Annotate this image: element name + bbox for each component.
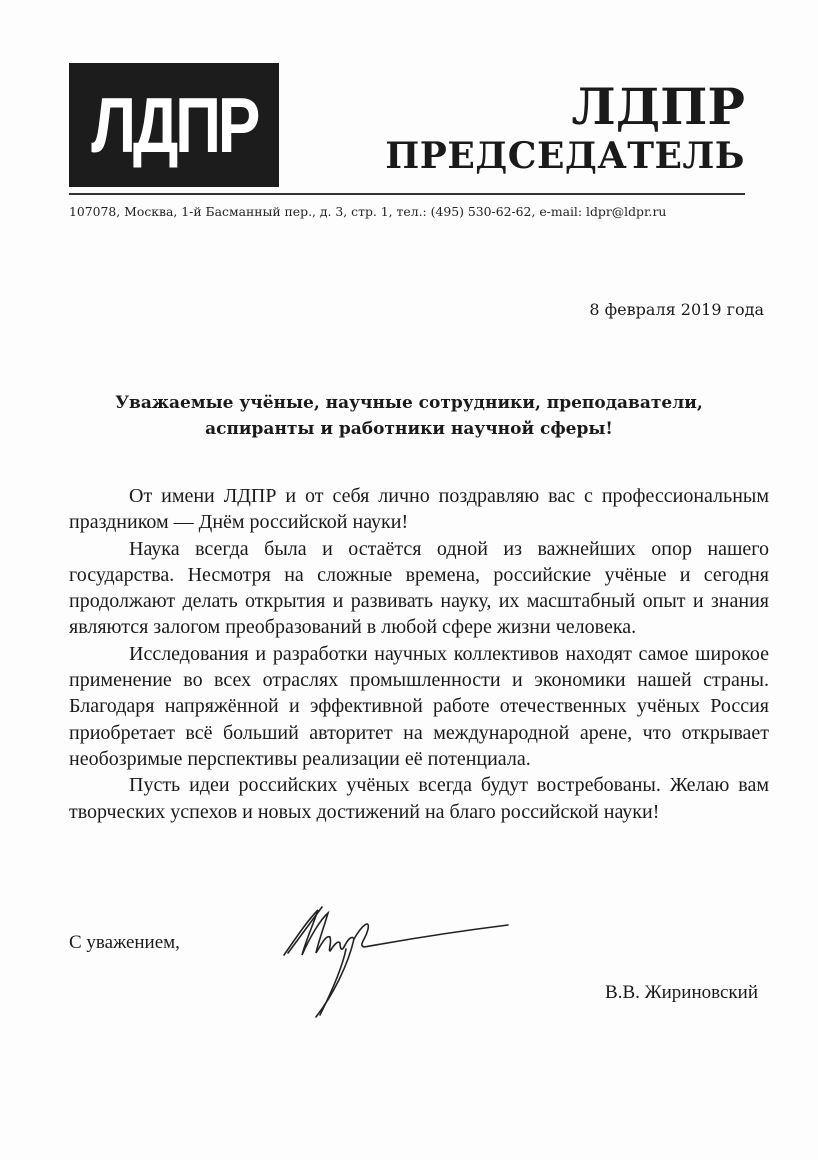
letter-body: От имени ЛДПР и от себя лично поздравляю… (69, 483, 769, 825)
party-logo: ЛДПР (69, 63, 279, 187)
paragraph: Пусть идеи российских учёных всегда буду… (69, 772, 769, 825)
letter-date: 8 февраля 2019 года (589, 300, 764, 319)
signature-icon (278, 895, 518, 1020)
letterhead-title: ЛДПР ПРЕДСЕДАТЕЛЬ (385, 80, 745, 178)
contact-address: 107078, Москва, 1-й Басманный пер., д. 3… (69, 204, 666, 219)
salutation: Уважаемые учёные, научные сотрудники, пр… (0, 390, 818, 442)
signer-name: В.В. Жириновский (605, 982, 758, 1004)
org-role: ПРЕДСЕДАТЕЛЬ (385, 134, 745, 178)
paragraph: От имени ЛДПР и от себя лично поздравляю… (69, 483, 769, 536)
paragraph: Наука всегда была и остаётся одной из ва… (69, 536, 769, 641)
salutation-line-2: аспиранты и работники научной сферы! (0, 416, 818, 442)
header-divider (69, 193, 745, 195)
salutation-line-1: Уважаемые учёные, научные сотрудники, пр… (0, 390, 818, 416)
closing: С уважением, (69, 932, 180, 954)
logo-text: ЛДПР (91, 80, 257, 171)
paragraph: Исследования и разработки научных коллек… (69, 641, 769, 772)
org-name: ЛДПР (385, 80, 745, 134)
